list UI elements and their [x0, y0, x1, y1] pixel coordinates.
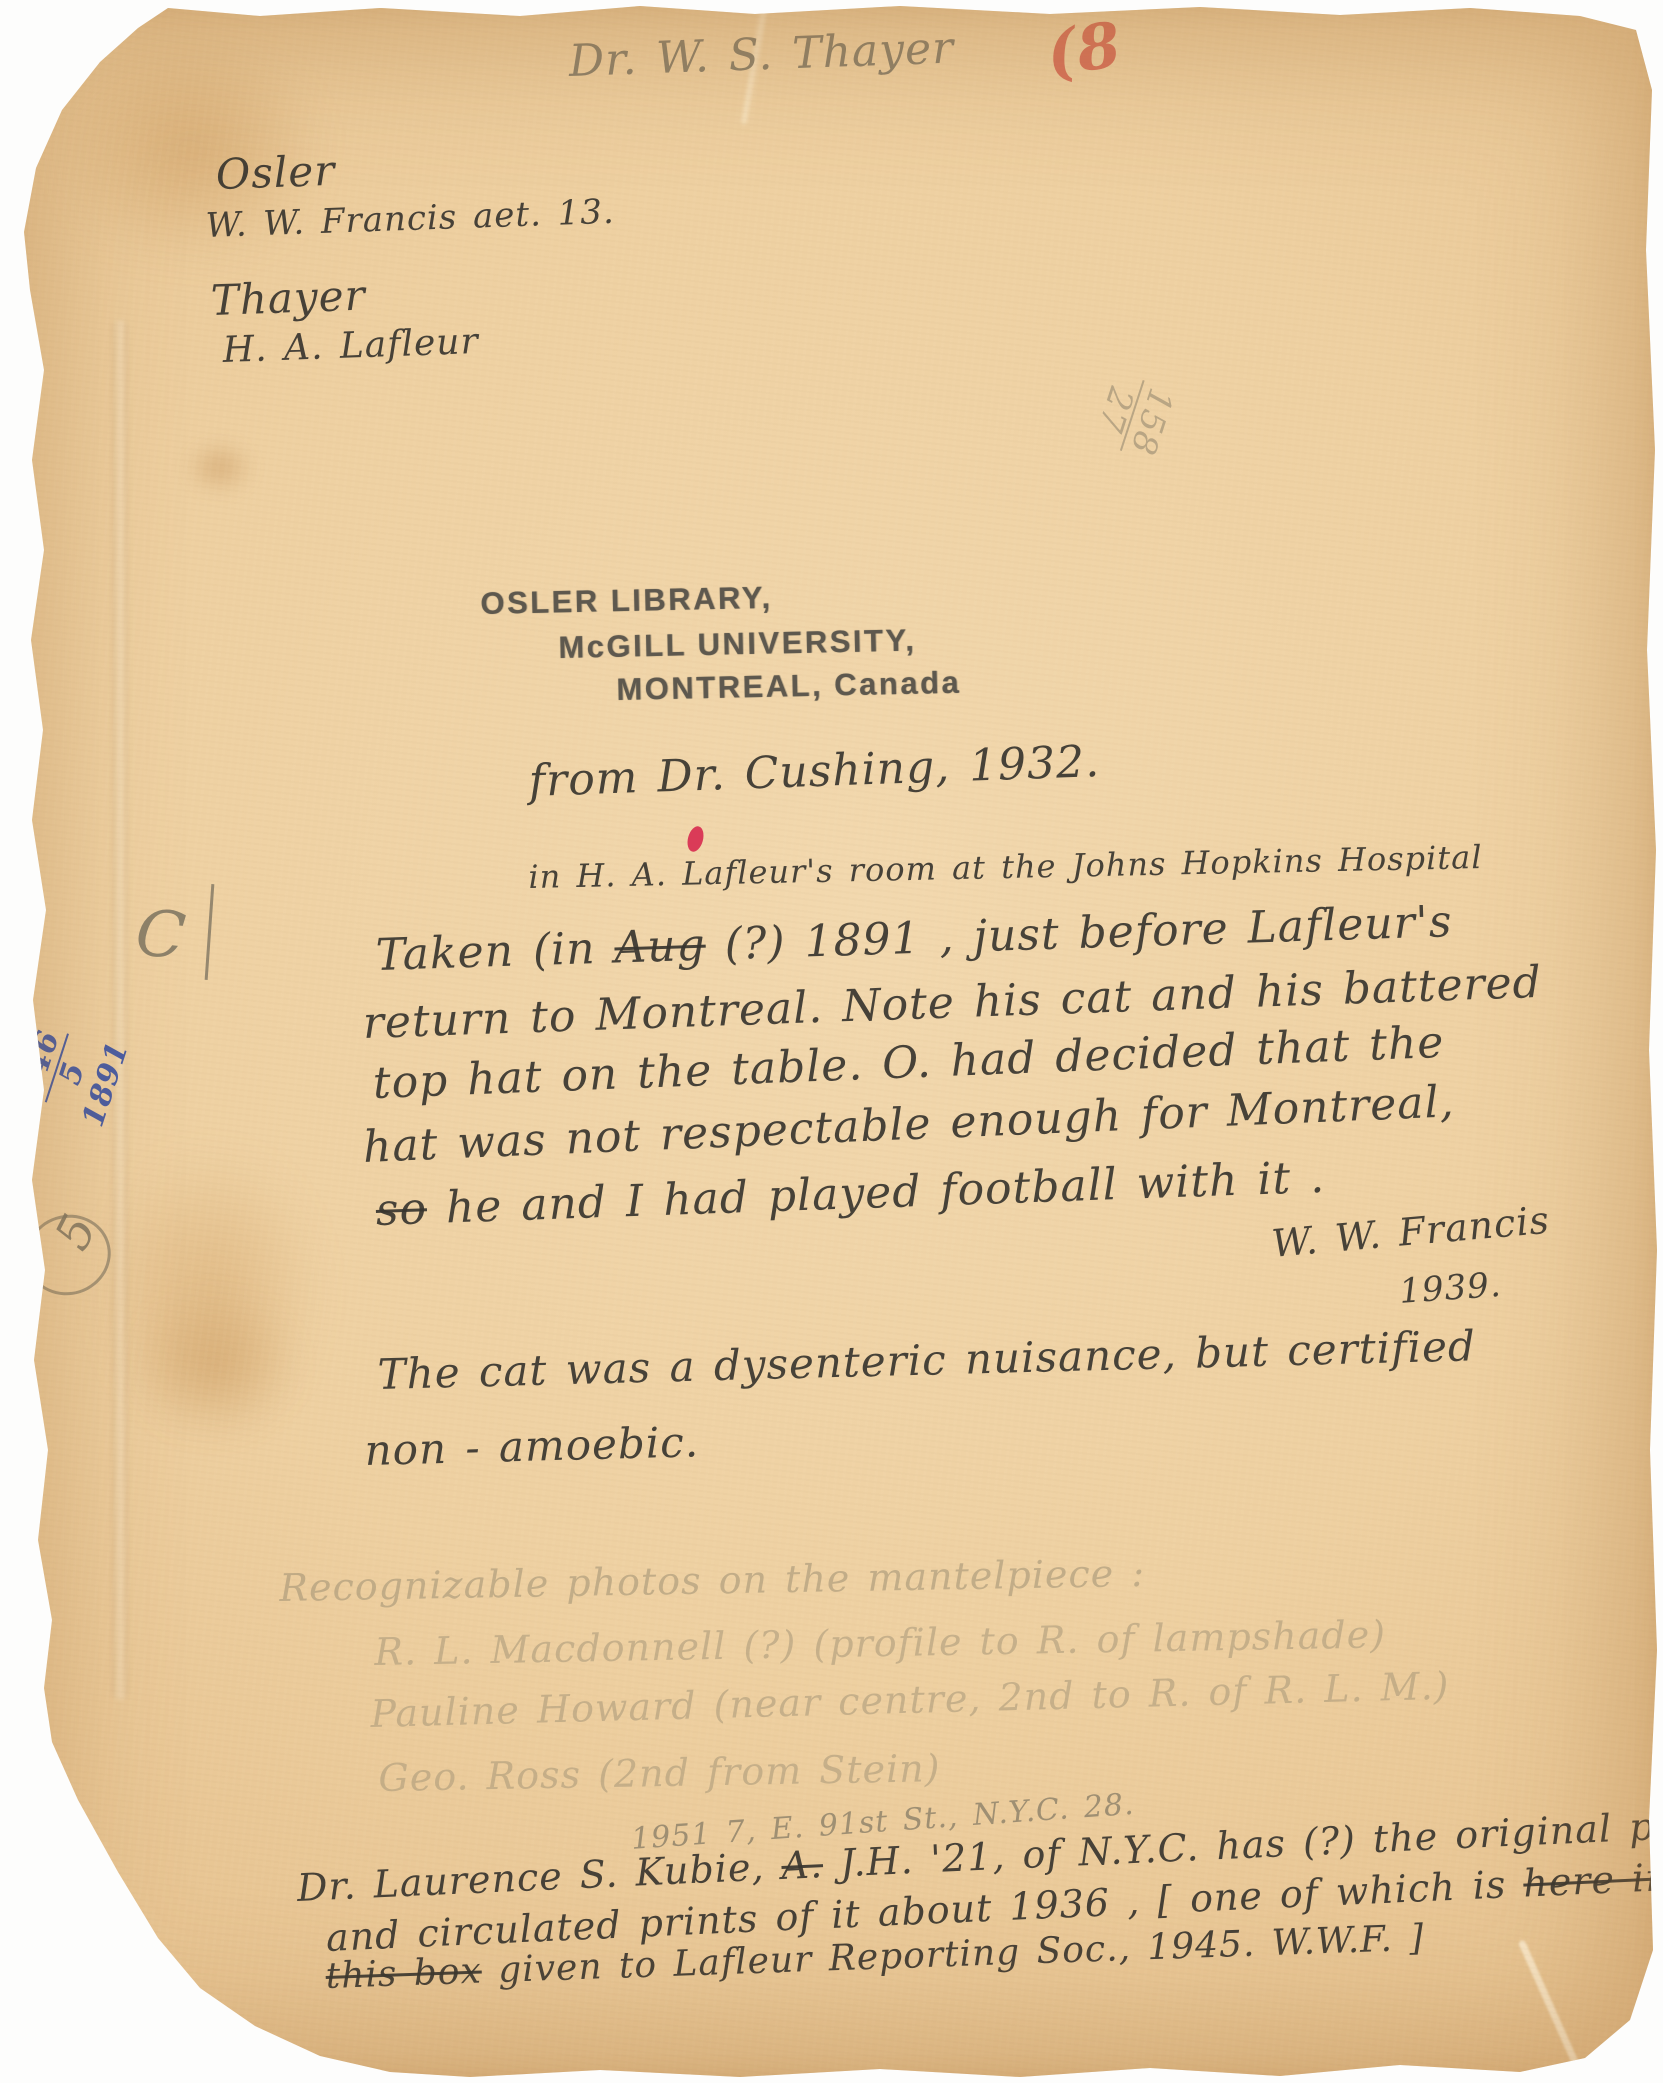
- note-text: Taken (in: [375, 923, 615, 981]
- name-list-item: W. W. Francis aet. 13.: [205, 192, 615, 246]
- name-list-item: Osler: [215, 146, 336, 199]
- struck-text: here in: [1522, 1855, 1663, 1906]
- struck-text: A.: [780, 1842, 823, 1888]
- page-number: 5: [44, 1205, 108, 1259]
- library-stamp-line-2: McGILL UNIVERSITY,: [558, 623, 917, 666]
- crease-vertical: [112, 320, 128, 1700]
- pencil-owner-annotation: Dr. W. S. Thayer: [568, 23, 955, 87]
- scanned-archival-note: { "colors": { "paper": "#eed0a1", "ink":…: [0, 0, 1663, 2083]
- provenance-note: from Dr. Cushing, 1932.: [528, 736, 1101, 807]
- pencil-c-stroke: [205, 884, 215, 980]
- tear-bottom-right: [1518, 1939, 1579, 2065]
- library-stamp-line-3: MONTREAL, Canada: [616, 665, 962, 708]
- mantel-heading: Recognizable photos on the mantelpiece :: [279, 1551, 1145, 1610]
- note-text: (?) 1891 , just before Lafleur's: [705, 896, 1453, 970]
- pencil-c-mark: C: [132, 896, 189, 975]
- struck-text: so: [375, 1183, 428, 1236]
- circled-page-number: 5: [15, 1204, 122, 1307]
- struck-text: this box: [325, 1951, 482, 1997]
- stain-bottom-left: [100, 1150, 320, 1430]
- cat-note-line-2: non - amoebic.: [364, 1417, 700, 1475]
- pencil-side-fraction: 158 27: [1085, 369, 1179, 462]
- document-page: Dr. W. S. Thayer (8 Osler W. W. Francis …: [0, 0, 1663, 2083]
- library-stamp-line-1: OSLER LIBRARY,: [480, 580, 773, 622]
- name-list-item: H. A. Lafleur: [222, 321, 479, 371]
- red-ink-spot: [685, 825, 706, 854]
- struck-text: Aug: [614, 920, 707, 974]
- name-list-item: Thayer: [210, 271, 366, 325]
- mantel-item-2: Pauline Howard (near centre, 2nd to R. o…: [370, 1664, 1450, 1736]
- signature: W. W. Francis: [1270, 1198, 1552, 1266]
- red-crayon-number: (8: [1042, 8, 1126, 91]
- stain-left-mid: [185, 440, 255, 495]
- mantel-item-1: R. L. Macdonnell (?) (profile to R. of l…: [374, 1612, 1386, 1674]
- mantel-item-3: Geo. Ross (2nd from Stein): [378, 1746, 941, 1800]
- caption-line: in H. A. Lafleur's room at the Johns Hop…: [528, 838, 1483, 896]
- stain-bottom-left-2: [130, 1290, 300, 1440]
- classmark-blue: 046 5 1891: [12, 1016, 136, 1131]
- fraction: 158 27: [1086, 369, 1179, 462]
- signature-year: 1939.: [1398, 1265, 1503, 1312]
- cat-note-line-1: The cat was a dysenteric nuisance, but c…: [377, 1321, 1476, 1399]
